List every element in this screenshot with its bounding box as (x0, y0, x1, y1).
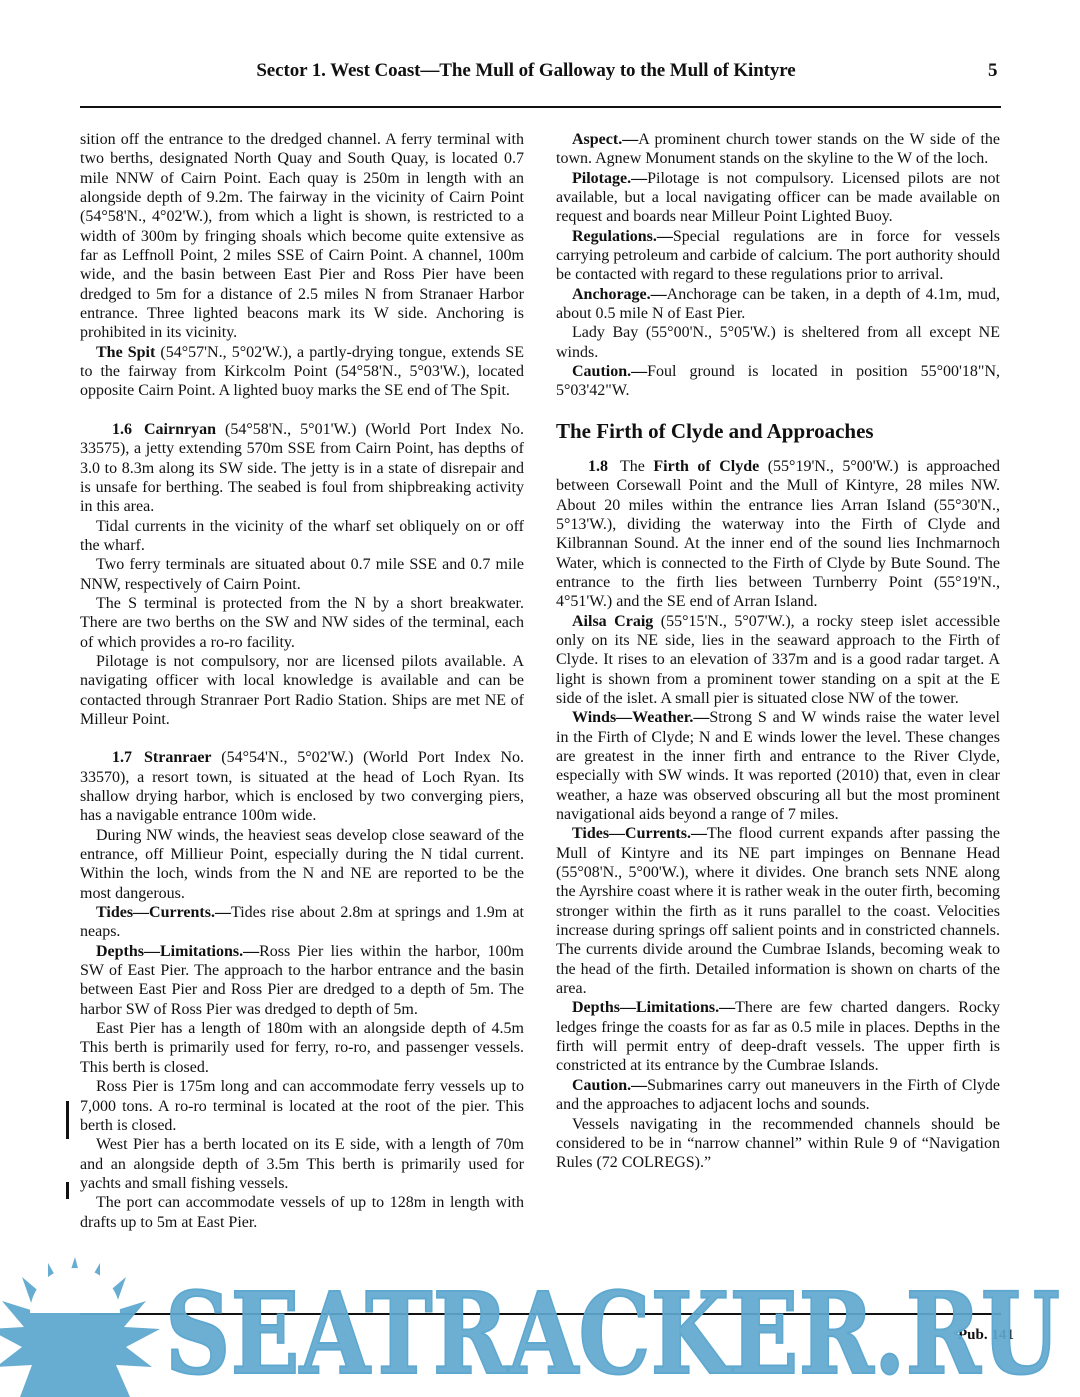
paragraph-vessels: Vessels navigating in the recommended ch… (556, 1115, 1000, 1173)
paragraph-regulations: Regulations.—Special regulations are in … (556, 227, 1000, 285)
term: The Spit (96, 344, 155, 361)
section-1-6: 1.6Cairnryan (54°58'N., 5°01'W.) (World … (80, 420, 524, 517)
section-1-8: 1.8The Firth of Clyde (55°19'N., 5°00'W.… (556, 457, 1000, 612)
paragraph-ailsa-craig: Ailsa Craig (55°15'N., 5°07'W.), a rocky… (556, 612, 1000, 709)
term: Aspect.— (572, 131, 638, 148)
paragraph-port-capacity: The port can accommodate vessels of up t… (80, 1193, 524, 1232)
paragraph-tides: Tides—Currents.—Tides rise about 2.8m at… (80, 903, 524, 942)
paragraph-aspect: Aspect.—A prominent church tower stands … (556, 130, 1000, 169)
term: Depths—Limitations.— (572, 999, 735, 1016)
watermark-text: SEATRACKER.RU (165, 1269, 1060, 1397)
paragraph-caution: Caution.—Foul ground is located in posit… (556, 362, 1000, 401)
paragraph-the-spit: The Spit (54°57'N., 5°02'W.), a partly-d… (80, 343, 524, 401)
section-number: 1.7 (96, 748, 144, 767)
term: Winds—Weather.— (572, 709, 709, 726)
paragraph: Tidal currents in the vicinity of the wh… (80, 517, 524, 556)
paragraph-east-pier: East Pier has a length of 180m with an a… (80, 1019, 524, 1077)
term: Caution.— (572, 1077, 647, 1094)
term: Regulations.— (572, 228, 673, 245)
section-1-7: 1.7Stranraer (54°54'N., 5°02'W.) (World … (80, 748, 524, 825)
term: Caution.— (572, 363, 647, 380)
paragraph: The S terminal is protected from the N b… (80, 594, 524, 652)
paragraph-depths: Depths—Limitations.—There are few charte… (556, 998, 1000, 1075)
term: Ailsa Craig (572, 613, 653, 630)
section-number: 1.6 (96, 420, 144, 439)
paragraph-west-pier: West Pier has a berth located on its E s… (80, 1135, 524, 1193)
right-column: Aspect.—A prominent church tower stands … (556, 130, 1000, 1173)
paragraph-tides: Tides—Currents.—The flood current expand… (556, 824, 1000, 998)
publication-label: Pub. 141 (958, 1327, 1014, 1344)
left-column: sition off the entrance to the dredged c… (80, 130, 524, 1232)
paragraph-anchorage: Anchorage.—Anchorage can be taken, in a … (556, 285, 1000, 324)
term: Tides—Currents.— (96, 904, 231, 921)
page-number: 5 (988, 60, 998, 82)
term: Pilotage.— (572, 170, 647, 187)
paragraph-lady-bay: Lady Bay (55°00'N., 5°05'W.) is sheltere… (556, 323, 1000, 362)
term: Cairnryan (144, 421, 216, 438)
paragraph: sition off the entrance to the dredged c… (80, 130, 524, 343)
term: Depths—Limitations.— (96, 943, 259, 960)
section-heading: The Firth of Clyde and Approaches (556, 419, 1000, 443)
paragraph-caution: Caution.—Submarines carry out maneuvers … (556, 1076, 1000, 1115)
change-bar (66, 1182, 69, 1199)
watermark: SEATRACKER.RU (0, 1255, 1080, 1397)
paragraph-ross-pier: Ross Pier is 175m long and can accommoda… (80, 1077, 524, 1135)
term: Anchorage.— (572, 286, 667, 303)
paragraph-pilotage: Pilotage.—Pilotage is not compulsory. Li… (556, 169, 1000, 227)
paragraph-winds: Winds—Weather.—Strong S and W winds rais… (556, 708, 1000, 824)
section-number: 1.8 (572, 457, 620, 476)
paragraph: Two ferry terminals are situated about 0… (80, 555, 524, 594)
paragraph: During NW winds, the heaviest seas devel… (80, 826, 524, 903)
footer-rule (80, 1313, 1001, 1315)
sunburst-logo-icon (0, 1257, 160, 1397)
paragraph-depths: Depths—Limitations.—Ross Pier lies withi… (80, 942, 524, 1019)
change-bar (66, 1101, 69, 1139)
header-rule (80, 106, 1001, 108)
term: Stranraer (144, 749, 212, 766)
paragraph: Pilotage is not compulsory, nor are lice… (80, 652, 524, 729)
term: Tides—Currents.— (572, 825, 707, 842)
term: Firth of Clyde (653, 458, 759, 475)
page-header-title: Sector 1. West Coast—The Mull of Gallowa… (0, 60, 1052, 82)
